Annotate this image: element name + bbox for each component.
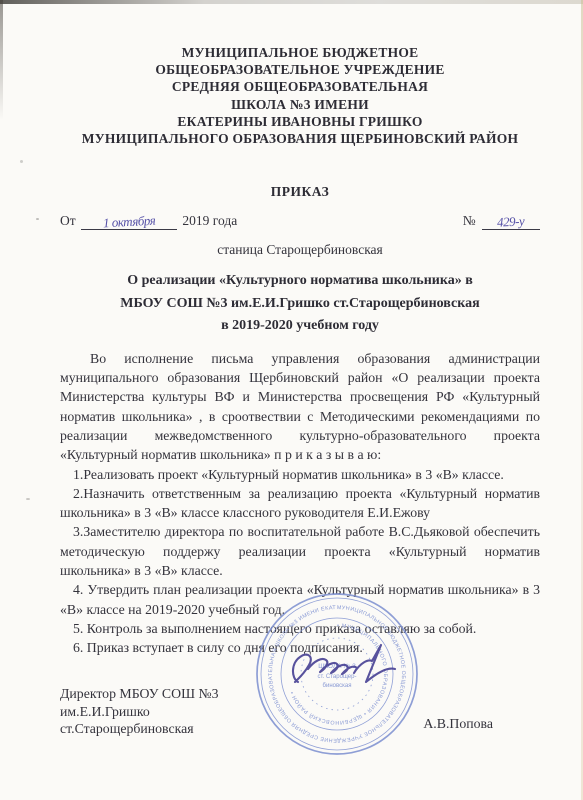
scanned-order-document: МУНИЦИПАЛЬНОЕ БЮДЖЕТНОЕ ОБЩЕОБРАЗОВАТЕЛЬ… (0, 0, 583, 800)
document-title-line: в 2019-2020 учебном году (60, 315, 540, 338)
order-item-1: 1.Реализовать проект «Культурный нормати… (60, 465, 540, 484)
org-header-line: ОБЩЕОБРАЗОВАТЕЛЬНОЕ УЧРЕЖДЕНИЕ (60, 61, 540, 78)
number-blank-field: 429-у (482, 213, 540, 230)
order-item-3: 3.Заместителю директора по воспитательно… (60, 522, 540, 580)
document-title: О реализации «Культурного норматива школ… (60, 270, 540, 338)
number-prefix-label: № (463, 213, 476, 228)
document-title-line: МБОУ СОШ №3 им.Е.И.Гришко ст.Старощербин… (60, 293, 540, 316)
signer-title-line: Директор МБОУ СОШ №3 (60, 685, 540, 703)
intro-paragraph: Во исполнение письма управления образова… (60, 349, 540, 465)
document-title-line: О реализации «Культурного норматива школ… (60, 270, 540, 293)
order-item-4: 4. Утвердить план реализации проекта «Ку… (60, 580, 540, 619)
place-line: станица Старощербиновская (60, 242, 540, 258)
org-header-line: ЕКАТЕРИНЫ ИВАНОВНЫ ГРИШКО (60, 113, 540, 130)
order-date: От 1 октября 2019 года (60, 213, 237, 230)
order-item-5: 5. Контроль за выполнением настоящего пр… (60, 619, 540, 638)
date-suffix-label: 2019 года (182, 213, 237, 228)
handwritten-date: 1 октября (103, 213, 156, 232)
date-number-row: От 1 октября 2019 года № 429-у (60, 213, 540, 230)
order-item-6: 6. Приказ вступает в силу со дня его под… (60, 638, 540, 657)
order-item-2: 2.Назначить ответственным за реализацию … (60, 484, 540, 523)
org-header-line: МУНИЦИПАЛЬНОЕ БЮДЖЕТНОЕ (60, 44, 540, 61)
date-prefix-label: От (60, 213, 76, 228)
organization-header: МУНИЦИПАЛЬНОЕ БЮДЖЕТНОЕ ОБЩЕОБРАЗОВАТЕЛЬ… (60, 44, 540, 147)
order-heading: ПРИКАЗ (60, 184, 540, 200)
signer-name: А.В.Попова (423, 715, 493, 733)
org-header-line: СРЕДНЯЯ ОБЩЕОБРАЗОВАТЕЛЬНАЯ (60, 78, 540, 95)
signature-block: Директор МБОУ СОШ №3 им.Е.И.Гришко ст.Ст… (60, 685, 540, 800)
handwritten-number: 429-у (497, 214, 525, 231)
date-blank-field: 1 октября (81, 213, 177, 230)
order-number: № 429-у (463, 213, 540, 230)
document-content: МУНИЦИПАЛЬНОЕ БЮДЖЕТНОЕ ОБЩЕОБРАЗОВАТЕЛЬ… (0, 0, 583, 800)
org-header-line: ШКОЛА №3 ИМЕНИ (60, 96, 540, 113)
order-body: Во исполнение письма управления образова… (60, 349, 540, 658)
org-header-line: МУНИЦИПАЛЬНОГО ОБРАЗОВАНИЯ ЩЕРБИНОВСКИЙ … (60, 130, 540, 147)
